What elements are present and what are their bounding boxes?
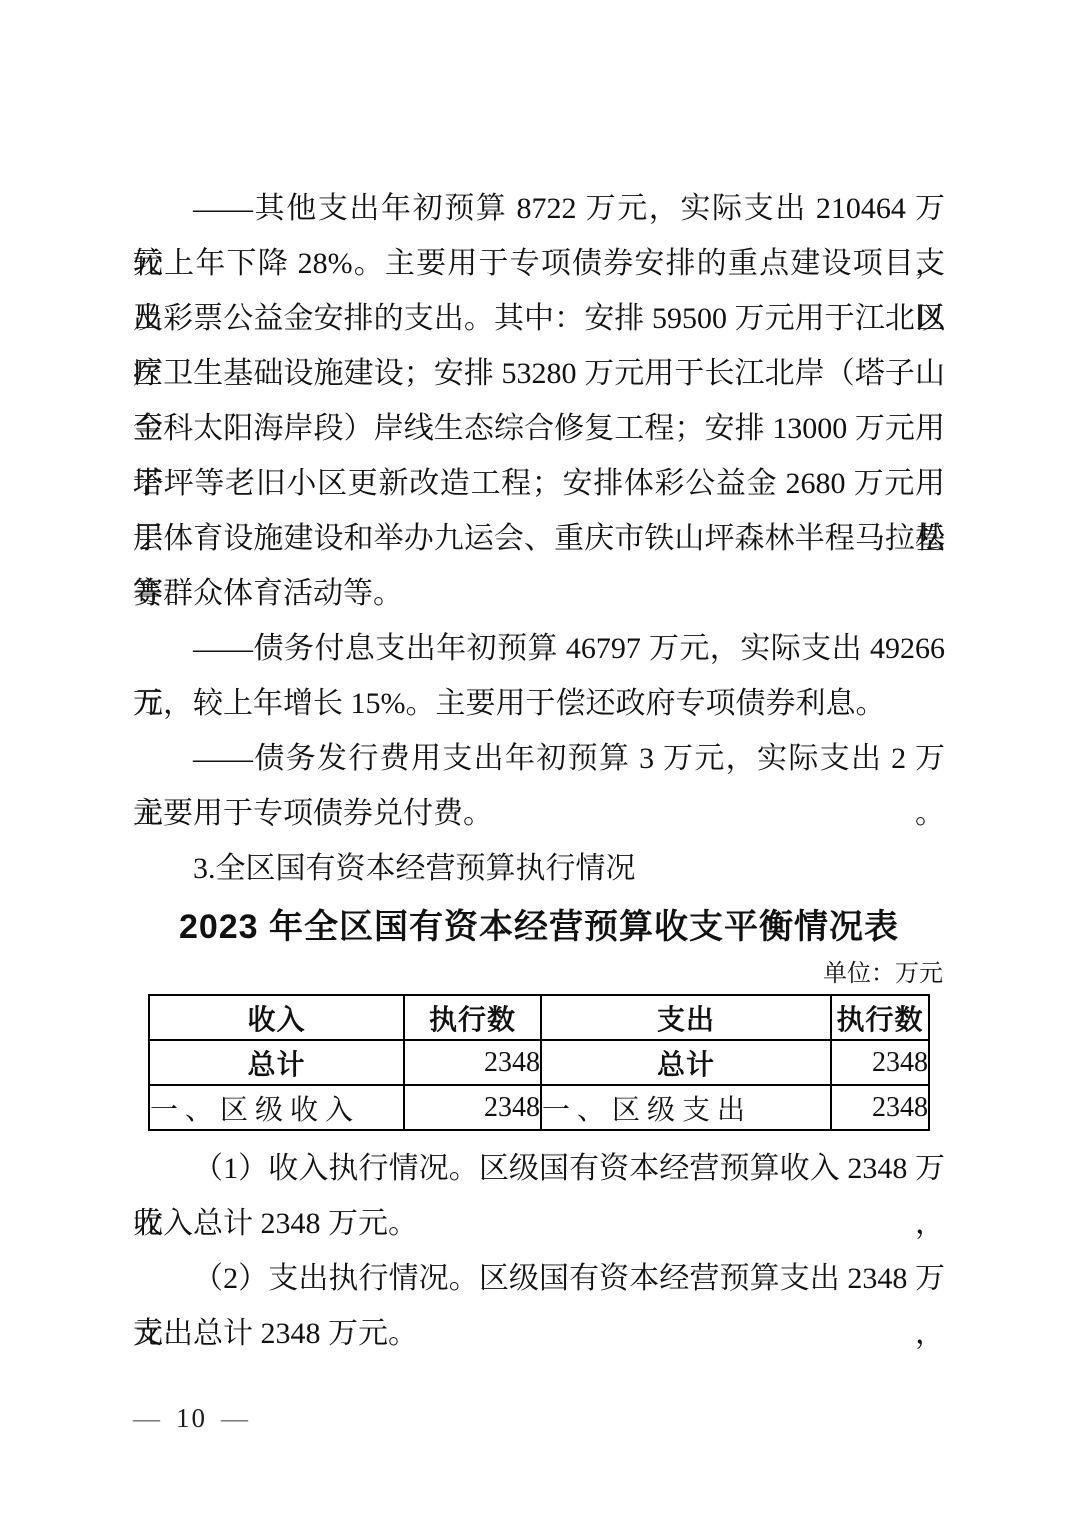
expense-total-value: 2348 [831,1040,929,1085]
body-line: 疗卫生基础设施建设；安排 53280 万元用于长江北岸（塔子山至 [133,346,945,401]
document-page: ——其他支出年初预算 8722 万元，实际支出 210464 万元，较上年下降 … [0,0,1074,1520]
body-line: 层体育设施建设和举办九运会、重庆市铁山坪森林半程马拉松赛 [133,511,945,566]
body-line: 金科太阳海岸段）岸线生态综合修复工程；安排 13000 万元用于 [133,401,945,456]
body-line: 元，较上年增长 15%。主要用于偿还政府专项债券利息。 [133,676,945,731]
col-header-expense: 支出 [541,995,831,1040]
body-line: ——其他支出年初预算 8722 万元，实际支出 210464 万元， [133,181,945,236]
body-line: 等群众体育活动等。 [133,566,945,621]
table-row-total: 总计 2348 总计 2348 [149,1040,929,1085]
col-header-income: 收入 [149,995,404,1040]
expense-total-label: 总计 [541,1040,831,1085]
body-line: ——债务发行费用支出年初预算 3 万元，实际支出 2 万元。 [133,731,945,786]
body-line: （1）收入执行情况。区级国有资本经营预算收入 2348 万元， [133,1141,945,1196]
col-header-income-executed: 执行数 [404,995,541,1040]
income-total-label: 总计 [149,1040,404,1085]
income-district-label: 一、区级收入 [149,1085,404,1130]
table-row-district: 一、区级收入 2348 一、区级支出 2348 [149,1085,929,1130]
body-paragraphs-after-table: （1）收入执行情况。区级国有资本经营预算收入 2348 万元，收入总计 2348… [133,1141,945,1361]
page-number-right-dash: — [221,1403,250,1433]
body-line: 较上年下降 28%。主要用于专项债券安排的重点建设项目支出以 [133,236,945,291]
income-district-value: 2348 [404,1085,541,1130]
body-line: （2）支出执行情况。区级国有资本经营预算支出 2348 万元， [133,1251,945,1306]
page-number: —10— [133,1400,250,1436]
unit-label: 单位：万元 [133,958,945,990]
page-number-value: 10 [162,1403,221,1433]
body-line: 及彩票公益金安排的支出。其中：安排 59500 万元用于江北区医 [133,291,945,346]
page-number-left-dash: — [133,1403,162,1433]
income-total-value: 2348 [404,1040,541,1085]
expense-district-label: 一、区级支出 [541,1085,831,1130]
body-line: 3.全区国有资本经营预算执行情况 [133,841,945,896]
table-header-row: 收入 执行数 支出 执行数 [149,995,929,1040]
col-header-expense-executed: 执行数 [831,995,929,1040]
body-paragraphs: ——其他支出年初预算 8722 万元，实际支出 210464 万元，较上年下降 … [133,181,945,896]
budget-balance-table: 收入 执行数 支出 执行数 总计 2348 总计 2348 一、区级收入 234… [148,994,930,1131]
body-line: 塔坪等老旧小区更新改造工程；安排体彩公益金 2680 万元用于基 [133,456,945,511]
document-content: ——其他支出年初预算 8722 万元，实际支出 210464 万元，较上年下降 … [133,181,945,1361]
body-line: ——债务付息支出年初预算 46797 万元，实际支出 49266 万 [133,621,945,676]
expense-district-value: 2348 [831,1085,929,1130]
table-title: 2023 年全区国有资本经营预算收支平衡情况表 [133,896,945,958]
